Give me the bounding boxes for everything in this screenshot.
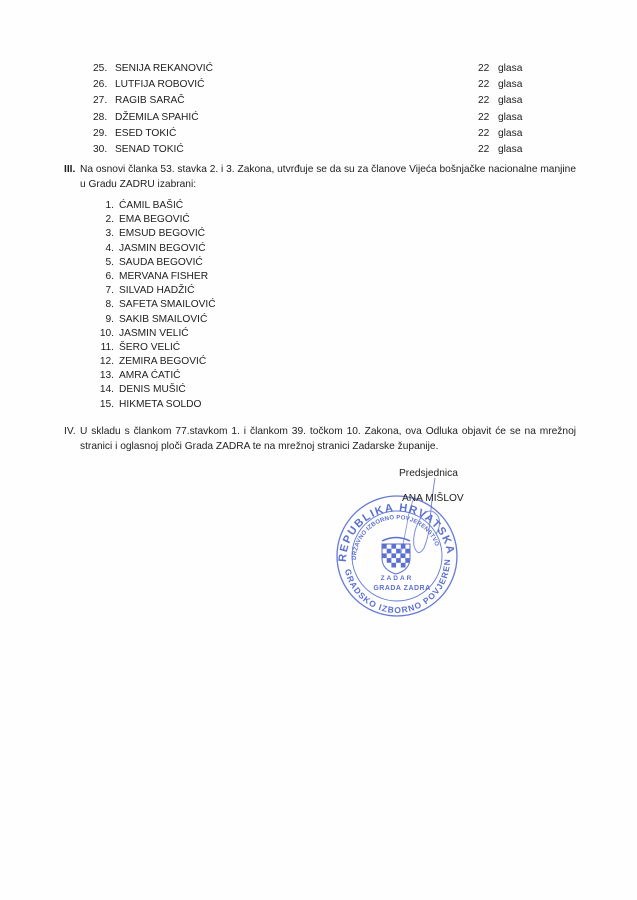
section-iii: III. Na osnovi članka 53. stavka 2. i 3.… <box>64 162 576 192</box>
member-name: JASMIN BEGOVIĆ <box>119 243 206 254</box>
list-item: 10.JASMIN VELIĆ <box>96 327 216 341</box>
member-name: HIKMETA SOLDO <box>119 399 201 410</box>
list-item: 5.SAUDA BEGOVIĆ <box>96 256 216 270</box>
candidate-name: SENIJA REKANOVIĆ <box>115 61 213 77</box>
vote-unit: glasa <box>498 110 522 126</box>
vote-count: 22 <box>478 77 489 93</box>
signature-scribble-icon <box>360 476 470 566</box>
list-item: 6.MERVANA FISHER <box>96 270 216 284</box>
section-iv-text: U skladu s člankom 77.stavkom 1. i člank… <box>80 424 576 454</box>
member-number: 13. <box>96 369 114 383</box>
signatory-name: ANA MIŠLOV <box>402 493 464 504</box>
vote-count: 22 <box>478 61 489 77</box>
member-name: JASMIN VELIĆ <box>119 328 189 339</box>
member-name: AMRA ĆATIĆ <box>119 370 181 381</box>
list-item: 12.ZEMIRA BEGOVIĆ <box>96 355 216 369</box>
member-name: SILVAD HADŽIĆ <box>119 285 194 296</box>
member-name: EMA BEGOVIĆ <box>119 214 190 225</box>
candidate-name: RAGIB SARAČ <box>115 93 185 109</box>
candidate-name: SENAD TOKIĆ <box>115 142 184 158</box>
member-name: SAKIB SMAILOVIĆ <box>119 314 207 325</box>
vote-number: 29. <box>93 126 115 142</box>
list-item: 2.EMA BEGOVIĆ <box>96 213 216 227</box>
vote-unit: glasa <box>498 93 522 109</box>
vote-count: 22 <box>478 93 489 109</box>
document-page: 25.SENIJA REKANOVIĆ 22 glasa 26.LUTFIJA … <box>0 0 637 900</box>
section-iii-text: Na osnovi članka 53. stavka 2. i 3. Zako… <box>80 162 576 192</box>
member-number: 9. <box>96 313 114 327</box>
section-iii-label: III. <box>64 162 75 177</box>
member-name: ŠERO VELIĆ <box>119 342 180 353</box>
member-number: 7. <box>96 284 114 298</box>
vote-row: 28.DŽEMILA SPAHIĆ 22 glasa <box>93 110 533 126</box>
vote-row: 30.SENAD TOKIĆ 22 glasa <box>93 142 533 158</box>
member-number: 10. <box>96 327 114 341</box>
vote-row: 25.SENIJA REKANOVIĆ 22 glasa <box>93 61 533 77</box>
member-number: 1. <box>96 199 114 213</box>
list-item: 3.EMSUD BEGOVIĆ <box>96 227 216 241</box>
section-iv-label: IV. <box>64 424 76 439</box>
stamp-center-text: GRADA ZADRA <box>373 585 430 592</box>
stamp-city-text: ZADAR <box>381 575 414 582</box>
vote-row: 27.RAGIB SARAČ 22 glasa <box>93 93 533 109</box>
elected-members-list: 1.ĆAMIL BAŠIĆ 2.EMA BEGOVIĆ 3.EMSUD BEGO… <box>96 199 216 412</box>
vote-row: 26.LUTFIJA ROBOVIĆ 22 glasa <box>93 77 533 93</box>
vote-unit: glasa <box>498 126 522 142</box>
vote-count: 22 <box>478 142 489 158</box>
member-number: 2. <box>96 213 114 227</box>
signature-block: Predsjednica ANA MIŠLOV <box>399 467 458 481</box>
section-iv: IV. U skladu s člankom 77.stavkom 1. i č… <box>64 424 576 454</box>
vote-number: 26. <box>93 77 115 93</box>
signatory-title: Predsjednica <box>399 467 458 481</box>
list-item: 4.JASMIN BEGOVIĆ <box>96 242 216 256</box>
member-number: 14. <box>96 383 114 397</box>
vote-unit: glasa <box>498 142 522 158</box>
member-name: SAUDA BEGOVIĆ <box>119 257 203 268</box>
member-name: EMSUD BEGOVIĆ <box>119 228 205 239</box>
member-name: ZEMIRA BEGOVIĆ <box>119 356 206 367</box>
vote-number: 25. <box>93 61 115 77</box>
candidate-votes-list: 25.SENIJA REKANOVIĆ 22 glasa 26.LUTFIJA … <box>93 61 533 158</box>
vote-number: 30. <box>93 142 115 158</box>
vote-row: 29.ESED TOKIĆ 22 glasa <box>93 126 533 142</box>
member-number: 4. <box>96 242 114 256</box>
member-number: 6. <box>96 270 114 284</box>
list-item: 11.ŠERO VELIĆ <box>96 341 216 355</box>
list-item: 14.DENIS MUŠIĆ <box>96 383 216 397</box>
vote-count: 22 <box>478 126 489 142</box>
list-item: 1.ĆAMIL BAŠIĆ <box>96 199 216 213</box>
member-name: MERVANA FISHER <box>119 271 208 282</box>
vote-unit: glasa <box>498 77 522 93</box>
member-name: SAFETA SMAILOVIĆ <box>119 299 216 310</box>
member-name: ĆAMIL BAŠIĆ <box>119 200 183 211</box>
member-number: 11. <box>96 341 114 355</box>
list-item: 8.SAFETA SMAILOVIĆ <box>96 298 216 312</box>
candidate-name: DŽEMILA SPAHIĆ <box>115 110 199 126</box>
list-item: 9.SAKIB SMAILOVIĆ <box>96 313 216 327</box>
member-number: 15. <box>96 398 114 412</box>
vote-number: 27. <box>93 93 115 109</box>
list-item: 7.SILVAD HADŽIĆ <box>96 284 216 298</box>
member-number: 8. <box>96 298 114 312</box>
member-number: 5. <box>96 256 114 270</box>
vote-count: 22 <box>478 110 489 126</box>
member-name: DENIS MUŠIĆ <box>119 384 186 395</box>
candidate-name: LUTFIJA ROBOVIĆ <box>115 77 204 93</box>
vote-number: 28. <box>93 110 115 126</box>
member-number: 3. <box>96 227 114 241</box>
list-item: 13.AMRA ĆATIĆ <box>96 369 216 383</box>
list-item: 15.HIKMETA SOLDO <box>96 398 216 412</box>
vote-unit: glasa <box>498 61 522 77</box>
member-number: 12. <box>96 355 114 369</box>
candidate-name: ESED TOKIĆ <box>115 126 176 142</box>
